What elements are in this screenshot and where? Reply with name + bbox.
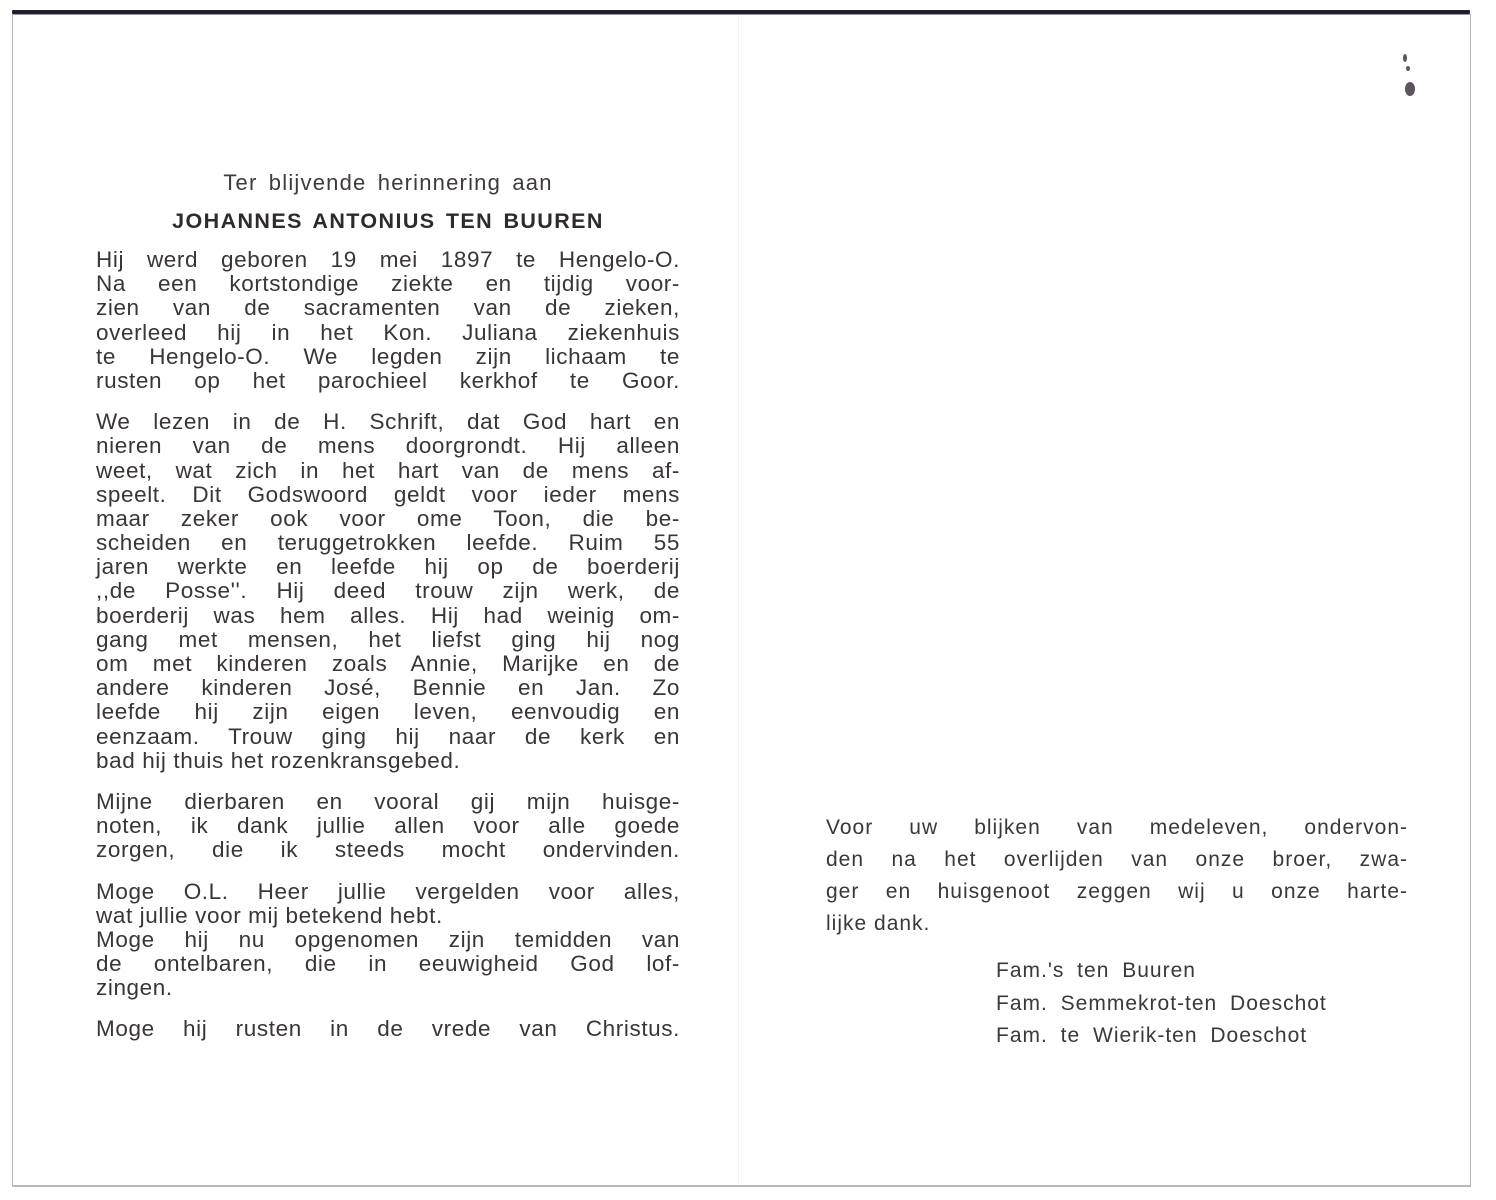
paragraph-gap xyxy=(96,863,680,880)
text-line: te Hengelo-O. We legden zijn lichaam te xyxy=(96,345,680,369)
family-signature: Fam.'s ten Buuren xyxy=(996,955,1327,988)
ink-speck-mark xyxy=(1403,54,1407,62)
text-line: rusten op het parochieel kerkhof te Goor… xyxy=(96,369,680,393)
card-bottom-edge xyxy=(12,1185,1471,1187)
family-signature: Fam. te Wierik-ten Doeschot xyxy=(996,1020,1327,1053)
memorial-text-column: Ter blijvende herinnering aan JOHANNES A… xyxy=(96,170,680,1042)
text-line: Moge O.L. Heer jullie vergelden voor all… xyxy=(96,880,680,904)
text-line: maar zeker ook voor ome Toon, die be- xyxy=(96,507,680,531)
text-line: nieren van de mens doorgrondt. Hij allee… xyxy=(96,434,680,458)
deceased-name: JOHANNES ANTONIUS TEN BUUREN xyxy=(96,209,680,234)
memorial-paragraph: Hij werd geboren 19 mei 1897 te Hengelo-… xyxy=(96,248,680,393)
text-line: boerderij was hem alles. Hij had weinig … xyxy=(96,604,680,628)
memorial-paragraph: We lezen in de H. Schrift, dat God hart … xyxy=(96,410,680,773)
paragraph-gap xyxy=(96,1000,680,1017)
text-line: Mijne dierbaren en vooral gij mijn huisg… xyxy=(96,790,680,814)
memorial-intro: Ter blijvende herinnering aan xyxy=(96,170,680,196)
thanks-line: Voor uw blijken van medeleven, ondervon- xyxy=(826,812,1408,844)
ink-speck-mark xyxy=(1406,66,1410,71)
card-fold-line xyxy=(738,16,739,1184)
text-line: andere kinderen José, Bennie en Jan. Zo xyxy=(96,676,680,700)
text-line: zingen. xyxy=(96,976,680,1000)
paragraph-gap xyxy=(96,773,680,790)
text-line: zorgen, die ik steeds mocht ondervinden. xyxy=(96,838,680,862)
family-signatures: Fam.'s ten BuurenFam. Semmekrot-ten Does… xyxy=(996,955,1327,1053)
text-line: zien van de sacramenten van de zieken, xyxy=(96,296,680,320)
text-line: Na een kortstondige ziekte en tijdig voo… xyxy=(96,272,680,296)
text-line: eenzaam. Trouw ging hij naar de kerk en xyxy=(96,725,680,749)
memorial-paragraphs: Hij werd geboren 19 mei 1897 te Hengelo-… xyxy=(96,248,680,1042)
text-line: We lezen in de H. Schrift, dat God hart … xyxy=(96,410,680,434)
text-line: ,,de Posse''. Hij deed trouw zijn werk, … xyxy=(96,579,680,603)
thanks-column: Voor uw blijken van medeleven, ondervon-… xyxy=(826,812,1408,940)
card-left-edge xyxy=(12,14,13,1186)
paragraph-gap xyxy=(96,393,680,410)
text-line: leefde hij zijn eigen leven, eenvoudig e… xyxy=(96,700,680,724)
text-line: jaren werkte en leefde hij op de boerder… xyxy=(96,555,680,579)
text-line: weet, wat zich in het hart van de mens a… xyxy=(96,459,680,483)
card-right-edge xyxy=(1470,14,1471,1186)
text-line: speelt. Dit Godswoord geldt voor ieder m… xyxy=(96,483,680,507)
text-line: Hij werd geboren 19 mei 1897 te Hengelo-… xyxy=(96,248,680,272)
text-line: bad hij thuis het rozenkransgebed. xyxy=(96,749,680,773)
text-line: om met kinderen zoals Annie, Marijke en … xyxy=(96,652,680,676)
text-line: gang met mensen, het liefst ging hij nog xyxy=(96,628,680,652)
thanks-message: Voor uw blijken van medeleven, ondervon-… xyxy=(826,812,1408,940)
thanks-line: den na het overlijden van onze broer, zw… xyxy=(826,844,1408,876)
text-line: overleed hij in het Kon. Juliana ziekenh… xyxy=(96,321,680,345)
text-line: scheiden en teruggetrokken leefde. Ruim … xyxy=(96,531,680,555)
thanks-line: lijke dank. xyxy=(826,908,1408,940)
memorial-paragraph: Mijne dierbaren en vooral gij mijn huisg… xyxy=(96,790,680,863)
memorial-paragraph: Moge hij rusten in de vrede van Christus… xyxy=(96,1017,680,1041)
thanks-line: ger en huisgenoot zeggen wij u onze hart… xyxy=(826,876,1408,908)
memorial-paragraph: Moge O.L. Heer jullie vergelden voor all… xyxy=(96,880,680,1001)
text-line: de ontelbaren, die in eeuwigheid God lof… xyxy=(96,952,680,976)
text-line: Moge hij nu opgenomen zijn temidden van xyxy=(96,928,680,952)
ink-speck-mark xyxy=(1405,82,1415,96)
card-top-border-shadow xyxy=(12,14,1470,15)
text-line: wat jullie voor mij betekend hebt. xyxy=(96,904,680,928)
family-signature: Fam. Semmekrot-ten Doeschot xyxy=(996,988,1327,1021)
text-line: noten, ik dank jullie allen voor alle go… xyxy=(96,814,680,838)
text-line: Moge hij rusten in de vrede van Christus… xyxy=(96,1017,680,1041)
